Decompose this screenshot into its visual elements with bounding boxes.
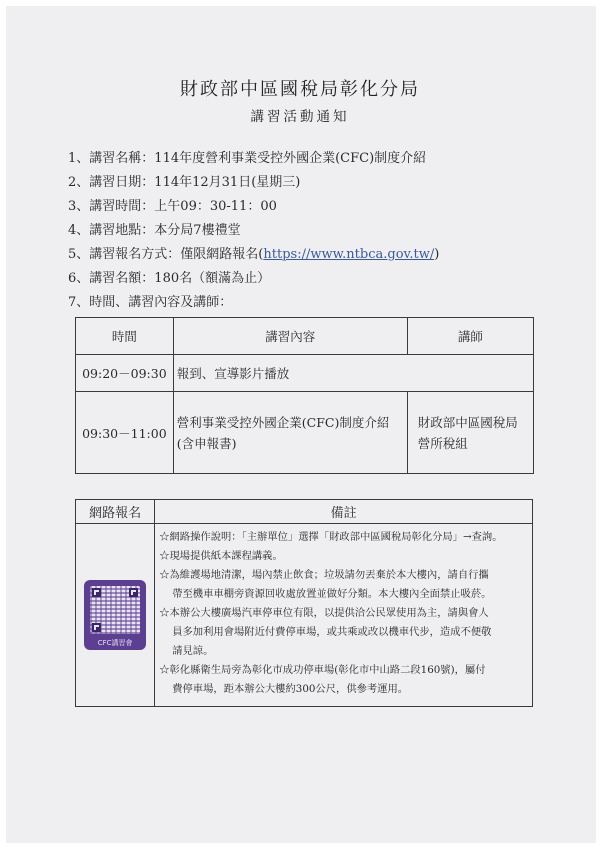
content-line: (含申報書) bbox=[177, 433, 407, 454]
notes-body-row: CFC講習會 ☆網路操作說明：「主辦單位」選擇「財政部中區國稅局彰化分局」→查詢… bbox=[76, 524, 533, 707]
content-line: 營利事業受控外國企業(CFC)制度介紹 bbox=[177, 412, 407, 433]
note-item: ☆彰化縣衛生局旁為彰化市成功停車場(彰化市中山路二段160號)，屬付 費停車場，… bbox=[159, 661, 528, 699]
qr-label: CFC講習會 bbox=[84, 638, 146, 648]
qr-code[interactable]: CFC講習會 bbox=[84, 580, 146, 650]
qr-cell: CFC講習會 bbox=[76, 524, 155, 707]
row-time: 09:20－09:30 bbox=[76, 355, 174, 392]
row-content: 報到、宣導影片播放 bbox=[173, 355, 533, 392]
item-value: 上午09：30-11：00 bbox=[154, 199, 277, 214]
item-value: 本分局7樓禮堂 bbox=[154, 223, 240, 238]
qr-finder-icon bbox=[129, 588, 138, 597]
notes-header-row: 網路報名 備註 bbox=[76, 500, 533, 524]
notes-cell: ☆網路操作說明：「主辦單位」選擇「財政部中區國稅局彰化分局」→查詢。 ☆現場提供… bbox=[155, 524, 533, 707]
item-label: 時間、講習內容及講師： bbox=[89, 295, 232, 310]
info-list: 1、講習名稱：114年度營利事業受控外國企業(CFC)制度介紹 2、講習日期：1… bbox=[68, 150, 439, 318]
info-item-name: 1、講習名稱：114年度營利事業受控外國企業(CFC)制度介紹 bbox=[68, 150, 439, 174]
info-item-time: 3、講習時間：上午09：30-11：00 bbox=[68, 198, 439, 222]
teacher-line: 營所稅組 bbox=[418, 433, 533, 454]
note-item: ☆本辦公大樓廣場汽車停車位有限，以提供洽公民眾使用為主，請與會人 員多加利用會場… bbox=[159, 604, 528, 661]
document-title: 財政部中區國稅局彰化分局 bbox=[0, 75, 600, 101]
item-label: 講習地點： bbox=[89, 223, 154, 238]
note-item: ☆現場提供紙本課程講義。 bbox=[159, 547, 528, 566]
table-row: 09:20－09:30 報到、宣導影片播放 bbox=[76, 355, 534, 392]
header-notes: 備註 bbox=[155, 500, 533, 524]
note-line: 帶至機車車棚旁資源回收處放置並做好分類。本大樓內全面禁止吸菸。 bbox=[159, 585, 528, 604]
item-label: 講習名額： bbox=[89, 271, 154, 286]
qr-finder-icon bbox=[92, 623, 101, 632]
note-line: ☆本辦公大樓廣場汽車停車位有限，以提供洽公民眾使用為主，請與會人 bbox=[159, 607, 489, 619]
row-teacher: 財政部中區國稅局 營所稅組 bbox=[407, 392, 533, 474]
document-subtitle: 講習活動通知 bbox=[0, 105, 600, 125]
note-item: ☆為維護場地清潔，場內禁止飲食；垃圾請勿丟棄於本大樓內，請自行攜 帶至機車車棚旁… bbox=[159, 566, 528, 604]
item-number: 1、 bbox=[68, 151, 89, 166]
item-value: 僅限網路報名( bbox=[180, 247, 263, 262]
note-line: ☆彰化縣衛生局旁為彰化市成功停車場(彰化市中山路二段160號)，屬付 bbox=[159, 664, 485, 676]
schedule-header-row: 時間 講習內容 講師 bbox=[76, 318, 534, 355]
info-item-date: 2、講習日期：114年12月31日(星期三) bbox=[68, 174, 439, 198]
item-number: 6、 bbox=[68, 271, 89, 286]
note-line: ☆現場提供紙本課程講義。 bbox=[159, 550, 283, 562]
item-value: 114年12月31日(星期三) bbox=[154, 175, 300, 190]
row-time: 09:30－11:00 bbox=[76, 392, 174, 474]
item-label: 講習報名方式： bbox=[89, 247, 180, 262]
item-value: 114年度營利事業受控外國企業(CFC)制度介紹 bbox=[154, 151, 426, 166]
item-value-suffix: ) bbox=[434, 247, 439, 262]
note-item: ☆網路操作說明：「主辦單位」選擇「財政部中區國稅局彰化分局」→查詢。 bbox=[159, 528, 528, 547]
table-row: 09:30－11:00 營利事業受控外國企業(CFC)制度介紹 (含申報書) 財… bbox=[76, 392, 534, 474]
registration-link[interactable]: https://www.ntbca.gov.tw/ bbox=[263, 247, 434, 262]
item-value: 180名（額滿為止） bbox=[154, 271, 270, 286]
item-number: 4、 bbox=[68, 223, 89, 238]
item-number: 3、 bbox=[68, 199, 89, 214]
note-line: 員多加利用會場附近付費停車場，或共乘或改以機車代步，造成不便敬 bbox=[159, 623, 528, 642]
info-item-quota: 6、講習名額：180名（額滿為止） bbox=[68, 270, 439, 294]
note-line: 請見諒。 bbox=[159, 642, 528, 661]
item-label: 講習時間： bbox=[89, 199, 154, 214]
note-line: ☆為維護場地清潔，場內禁止飲食；垃圾請勿丟棄於本大樓內，請自行攜 bbox=[159, 569, 489, 581]
info-item-schedule: 7、時間、講習內容及講師： bbox=[68, 294, 439, 318]
item-number: 7、 bbox=[68, 295, 89, 310]
note-line: ☆網路操作說明：「主辦單位」選擇「財政部中區國稅局彰化分局」→查詢。 bbox=[159, 531, 502, 543]
item-label: 講習日期： bbox=[89, 175, 154, 190]
item-number: 5、 bbox=[68, 247, 89, 262]
item-number: 2、 bbox=[68, 175, 89, 190]
header-registration: 網路報名 bbox=[76, 500, 155, 524]
header-time: 時間 bbox=[76, 318, 174, 355]
item-label: 講習名稱： bbox=[89, 151, 154, 166]
schedule-table: 時間 講習內容 講師 09:20－09:30 報到、宣導影片播放 09:30－1… bbox=[75, 317, 534, 474]
qr-finder-icon bbox=[92, 588, 101, 597]
info-item-location: 4、講習地點：本分局7樓禮堂 bbox=[68, 222, 439, 246]
header-teacher: 講師 bbox=[407, 318, 533, 355]
info-item-registration: 5、講習報名方式：僅限網路報名(https://www.ntbca.gov.tw… bbox=[68, 246, 439, 270]
teacher-line: 財政部中區國稅局 bbox=[418, 412, 533, 433]
row-content: 營利事業受控外國企業(CFC)制度介紹 (含申報書) bbox=[173, 392, 407, 474]
header-content: 講習內容 bbox=[173, 318, 407, 355]
note-line: 費停車場，距本辦公大樓約300公尺，供參考運用。 bbox=[159, 680, 528, 699]
notes-table: 網路報名 備註 CFC講習會 ☆網路操作說明：「主辦單位」選擇「財政部中區國稅局… bbox=[75, 499, 533, 707]
qr-pattern-icon bbox=[90, 586, 140, 634]
